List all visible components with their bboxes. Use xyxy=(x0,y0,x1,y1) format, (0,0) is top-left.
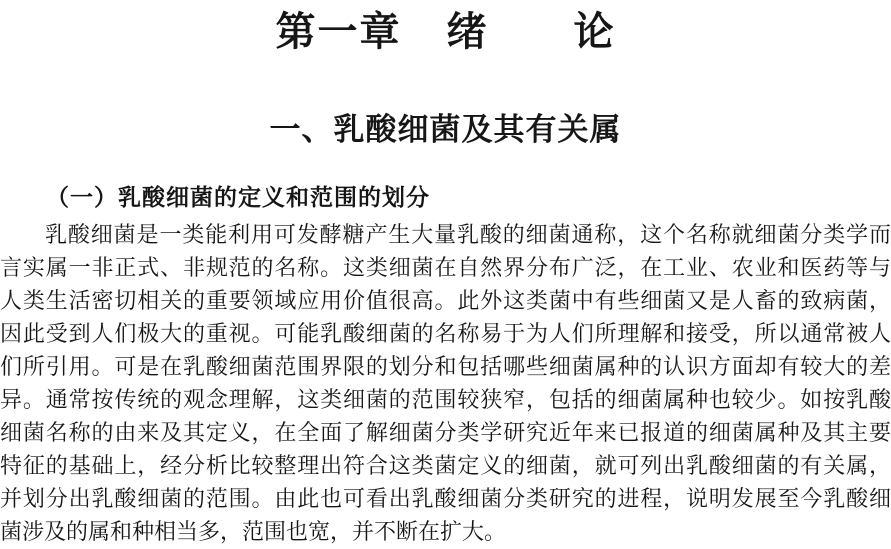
paragraph-line: 细菌名称的由来及其定义，在全面了解细菌分类学研究近年来已报道的细菌属种及其主要 xyxy=(0,416,891,449)
paragraph-line: 乳酸细菌是一类能利用可发酵糖产生大量乳酸的细菌通称，这个名称就细菌分类学而 xyxy=(0,218,891,251)
chapter-title: 第一章 绪 论 xyxy=(0,8,891,56)
paragraph-line: 言实属一非正式、非规范的名称。这类细菌在自然界分布广泛，在工业、农业和医药等与 xyxy=(0,251,891,284)
chapter-title-number: 第一章 xyxy=(276,8,402,56)
chapter-title-word-2: 论 xyxy=(574,8,616,56)
paragraph: 乳酸细菌是一类能利用可发酵糖产生大量乳酸的细菌通称，这个名称就细菌分类学而言实属… xyxy=(0,218,891,548)
paragraph-line: 异。通常按传统的观念理解，这类细菌的范围较狭窄，包括的细菌属种也较少。如按乳酸 xyxy=(0,383,891,416)
paragraph-line: 们所引用。可是在乳酸细菌范围界限的划分和包括哪些细菌属种的认识方面却有较大的差 xyxy=(0,350,891,383)
subsection-title: （一）乳酸细菌的定义和范围的划分 xyxy=(0,182,891,212)
paragraph-line: 人类生活密切相关的重要领域应用价值很高。此外这类菌中有些细菌又是人畜的致病菌， xyxy=(0,284,891,317)
paragraph-line: 因此受到人们极大的重视。可能乳酸细菌的名称易于为人们所理解和接受，所以通常被人 xyxy=(0,317,891,350)
paragraph-line: 特征的基础上，经分析比较整理出符合这类菌定义的细菌，就可列出乳酸细菌的有关属， xyxy=(0,449,891,482)
book-page: 第一章 绪 论 一、乳酸细菌及其有关属 （一）乳酸细菌的定义和范围的划分 乳酸细… xyxy=(0,0,891,549)
paragraph-line: 并划分出乳酸细菌的范围。由此也可看出乳酸细菌分类研究的进程，说明发展至今乳酸细 xyxy=(0,482,891,515)
section-title: 一、乳酸细菌及其有关属 xyxy=(0,110,891,150)
paragraph-line: 菌涉及的属和种相当多，范围也宽，并不断在扩大。 xyxy=(0,515,891,548)
chapter-title-word-1: 绪 xyxy=(447,8,489,56)
